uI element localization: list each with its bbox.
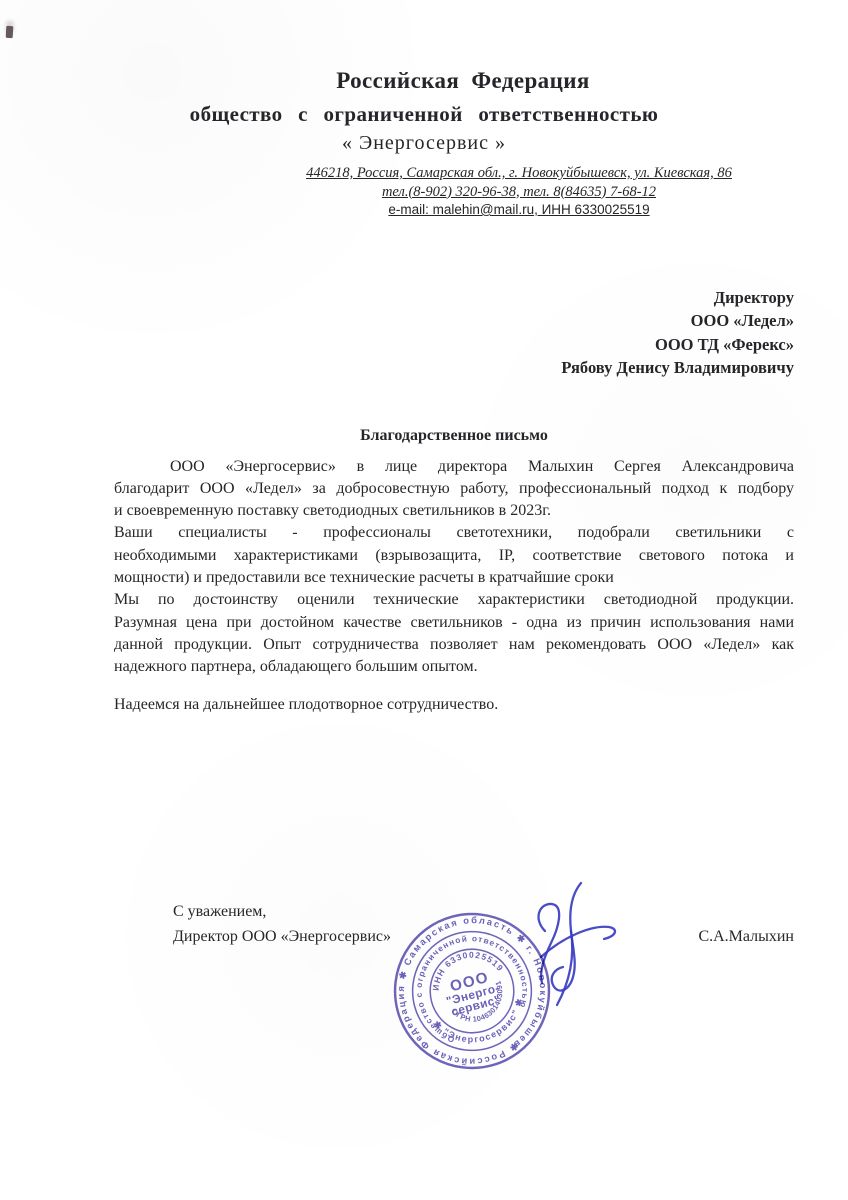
signature-position: Директор ООО «Энергосервис» bbox=[173, 924, 391, 949]
body-line: благодарит ООО «Ледел» за добросовестную… bbox=[114, 478, 794, 500]
body-line: надежного партнера, обладающего большим … bbox=[114, 656, 794, 678]
letterhead: Российская Федерация общество с ограниче… bbox=[0, 0, 848, 220]
body-line: Мы по достоинству оценили технические ха… bbox=[114, 589, 794, 611]
body-line: данной продукции. Опыт сотрудничества по… bbox=[114, 634, 794, 656]
letterhead-email: e-mail: malehin@mail.ru, ИНН 6330025519 bbox=[190, 201, 848, 220]
signature-left: С уважением, Директор ООО «Энергосервис» bbox=[114, 899, 391, 949]
body-line: ООО «Энергосервис» в лице директора Малы… bbox=[114, 456, 794, 478]
body-closing-line: Надеемся на дальнейшее плодотворное сотр… bbox=[114, 694, 794, 716]
recipient-company-2: ООО ТД «Ферекс» bbox=[114, 333, 794, 357]
recipient-block: Директору ООО «Ледел» ООО ТД «Ферекс» Ря… bbox=[114, 286, 794, 380]
letterhead-phones: тел.(8-902) 320-96-38, тел. 8(84635) 7-6… bbox=[190, 183, 848, 202]
scanned-letter-page: Российская Федерация общество с ограниче… bbox=[0, 0, 848, 1200]
letter-body: ООО «Энергосервис» в лице директора Малы… bbox=[114, 456, 794, 717]
signature-salutation: С уважением, bbox=[173, 899, 391, 924]
scan-artifact-mark bbox=[6, 26, 14, 38]
signature-stroke-tall bbox=[552, 883, 581, 991]
letter-title: Благодарственное письмо bbox=[114, 424, 794, 448]
handwritten-signature bbox=[495, 873, 645, 1023]
body-line: Разумная цена при достойном качестве све… bbox=[114, 612, 794, 634]
letterhead-org-name: « Энергосервис » bbox=[0, 129, 848, 158]
letterhead-org-type: общество с ограниченной ответственностью bbox=[0, 99, 848, 129]
body-line: и своевременную поставку светодиодных св… bbox=[114, 500, 794, 522]
letterhead-address: 446218, Россия, Самарская обл., г. Новок… bbox=[190, 164, 848, 183]
body-line: мощности) и предоставили все технические… bbox=[114, 567, 794, 589]
recipient-company-1: ООО «Ледел» bbox=[114, 309, 794, 333]
letterhead-country: Российская Федерация bbox=[0, 66, 848, 96]
signature-name: С.А.Малыхин bbox=[698, 924, 794, 949]
body-line: необходимыми характеристиками (взрывозащ… bbox=[114, 545, 794, 567]
recipient-position: Директору bbox=[114, 286, 794, 310]
body-line: Ваши специалисты - профессионалы светоте… bbox=[114, 522, 794, 544]
letterhead-contacts: 446218, Россия, Самарская обл., г. Новок… bbox=[0, 164, 848, 220]
recipient-person: Рябову Денису Владимировичу bbox=[114, 356, 794, 380]
